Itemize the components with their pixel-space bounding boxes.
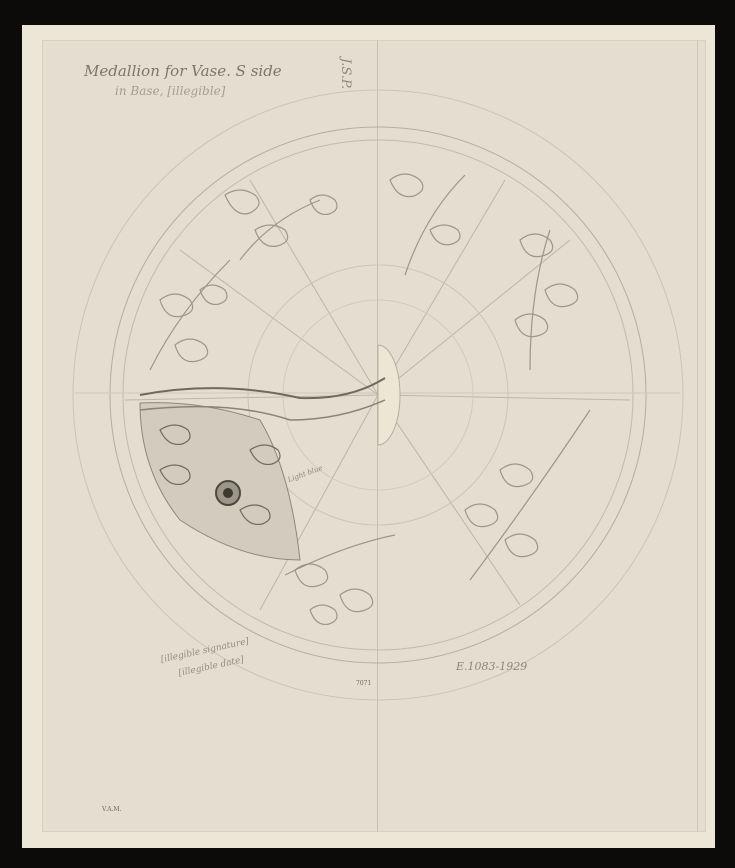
inventory-number: 7071 [356,680,371,687]
title-annotation: Medallion for Vase. S side [84,62,282,80]
museum-stamp: V.A.M. [102,806,121,813]
accession-number: E.1083-1929 [456,660,527,673]
subtitle-annotation: in Base, [illegible] [115,84,225,98]
code-annotation: J.S.P. [338,58,353,89]
medallion-drawing [0,0,735,868]
